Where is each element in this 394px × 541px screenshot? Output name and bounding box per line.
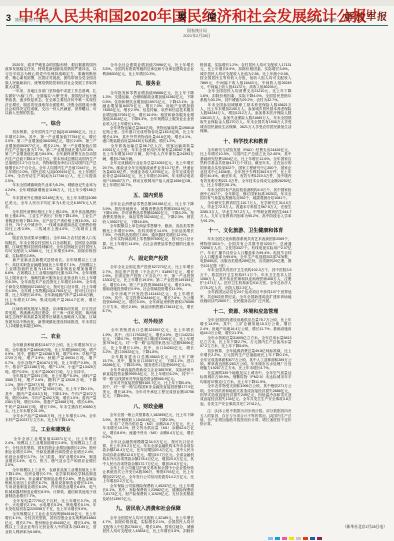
print-color-bar: [268, 537, 322, 540]
section-heading: 十二、资源、环境和应急管理: [200, 309, 292, 315]
section-heading: 五、国内贸易: [103, 193, 195, 199]
section-body: 全年社会消费品零售总额391981亿元，比上年下降3.9%。按经营地统计，城镇消…: [103, 202, 195, 250]
section-body: 年末全国文化和旅游系统共有艺术表演团体2069个，博物馆3510个。全国共有公共…: [200, 237, 292, 303]
color-swatch: [303, 537, 308, 540]
page-header-left: 3 国民经济统计公报 专版: [6, 14, 50, 23]
section-heading: 四、服务业: [103, 81, 195, 87]
article-notes: 注：[1]本公报中数据为初步统计数。部分数据因四舍五入的原因，存在与分项合计不等…: [200, 409, 292, 427]
page-header: 3 国民经济统计公报 专版 要 闻 2021年3月1日 星期一 解放军报: [6, 8, 388, 26]
color-swatch: [268, 537, 273, 540]
section-body: 全年全国国有建设用地供应总量75.7万公顷，比上年增长14.9%。其中，工矿仓储…: [200, 318, 292, 406]
color-swatch: [296, 537, 301, 540]
section-body: 全年粮食种植面积11677万公顷，比上年增加70万公顷。全年粮食产量66949万…: [5, 343, 97, 422]
color-swatch: [275, 537, 280, 540]
color-swatch: [289, 537, 294, 540]
section-heading: 九、居民收入消费和社会保障: [103, 506, 195, 512]
page-header-right: 2021年3月1日 星期一 解放军报: [306, 13, 388, 23]
section-heading: 十一、文化旅游、卫生健康和体育: [200, 228, 292, 234]
color-swatch: [317, 537, 322, 540]
section-heading: 一、综合: [5, 121, 97, 127]
section-heading: 三、工业和建筑业: [5, 427, 97, 433]
section-title: 要 闻: [169, 10, 226, 23]
section-body: 全年全国一般公共预算收入182895亿元，比上年下降3.9%，其中税收收入154…: [103, 413, 195, 501]
section-heading: 七、对外经济: [103, 319, 195, 325]
edition-note: 国民经济统计公报 专版: [15, 18, 50, 23]
page-number: 3: [6, 14, 11, 23]
section-body: 初步核算，全年国内生产总值[2]1015986亿元，比上年增长2.3%。其中，第…: [5, 130, 97, 328]
wire-credit: （新华社北京2月28日电）: [340, 525, 387, 530]
section-heading: 二、农业: [5, 334, 97, 340]
color-swatch: [310, 537, 315, 540]
section-heading: 八、财政金融: [103, 404, 195, 410]
section-heading: 六、固定资产投资: [103, 256, 195, 262]
section-body: 全年货物进出口总额321557亿元，比上年增长1.9%。其中，出口179326亿…: [103, 328, 195, 399]
article-intro: 2020年，面对严峻复杂的国际形势、艰巨繁重的国内改革发展稳定任务，特别是新冠肺…: [5, 63, 97, 116]
masthead-logo: 解放军报: [343, 13, 388, 23]
section-body: 全年批发和零售业增加值95686亿元，比上年下降1.3%；交通运输、仓储和邮政业…: [103, 91, 195, 188]
section-body: 全年研究与试验发展（R&D）经费支出24426亿元，比上年增长10.3%，与国内…: [200, 148, 292, 223]
section-body: 全年全社会固定资产投资527270亿元，比上年增长2.7%。固定资产投资（不含农…: [103, 265, 195, 313]
byline: 国家统计局 2021年2月28日: [0, 28, 394, 39]
date-line: 2021年3月1日 星期一: [306, 18, 339, 24]
color-swatch: [282, 537, 287, 540]
section-heading: 十、科学技术和教育: [200, 139, 292, 145]
article-sections: 一、综合 初步核算，全年国内生产总值[2]1015986亿元，比上年增长2.3%…: [5, 63, 292, 536]
byline-date: 2021年2月28日: [0, 33, 394, 39]
article-body: 2020年，面对严峻复杂的国际形势、艰巨繁重的国内改革发展稳定任务，特别是新冠肺…: [5, 63, 389, 536]
newspaper-page: 3 国民经济统计公报 专版 要 闻 2021年3月1日 星期一 解放军报 中华人…: [0, 6, 394, 541]
